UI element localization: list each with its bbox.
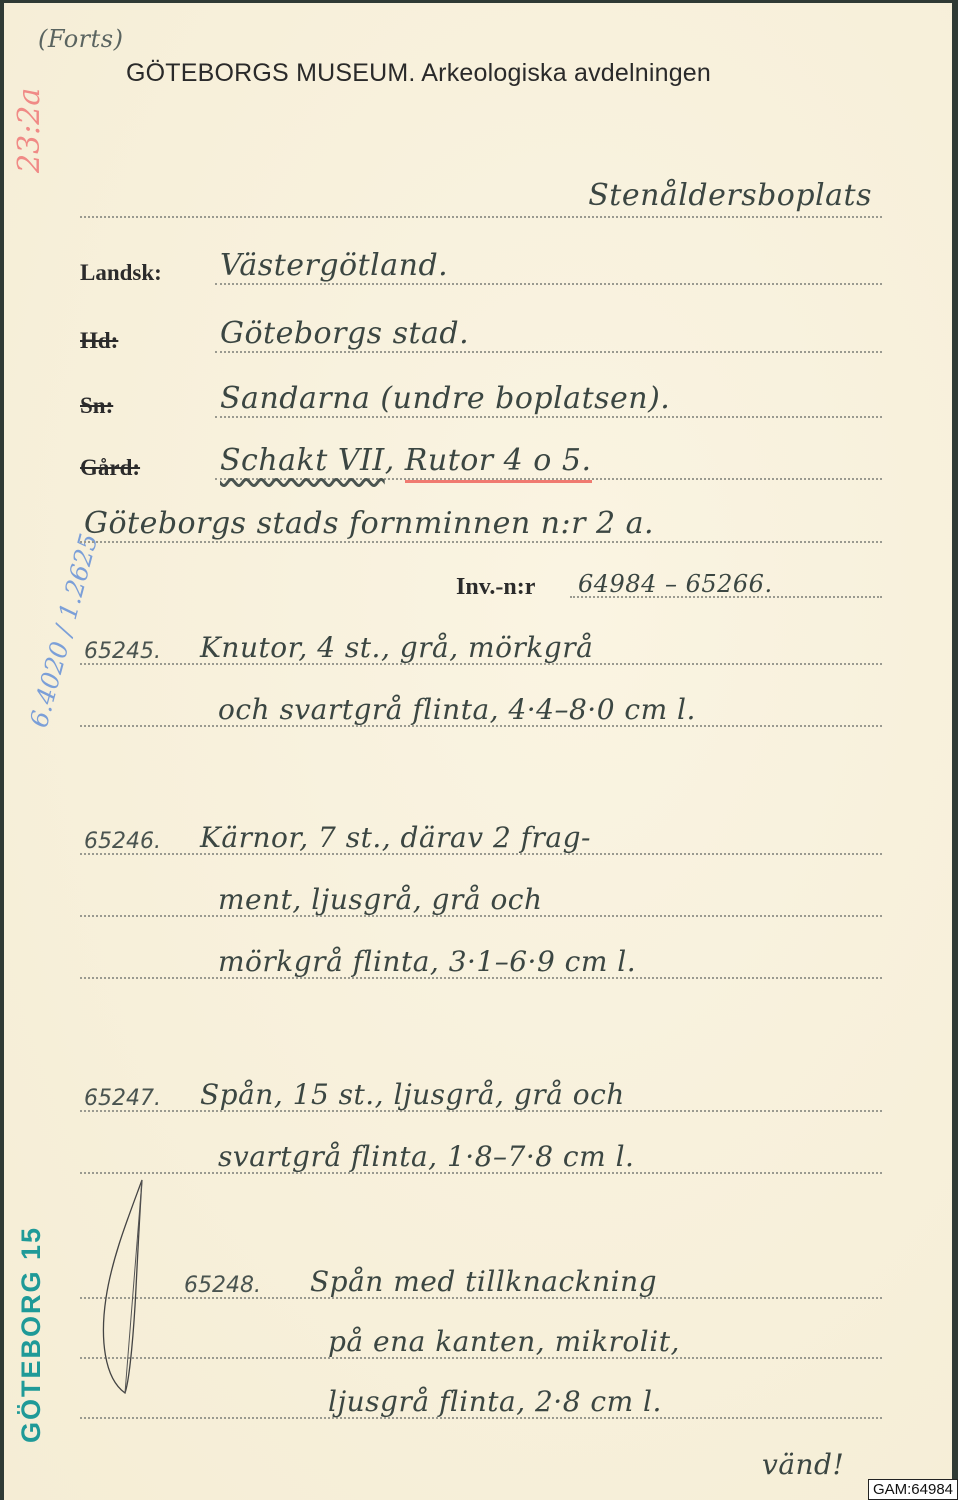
gothenburg-stamp: GÖTEBORG 15 — [16, 1226, 47, 1443]
field-landskap: Landsk: Västergötland. — [80, 248, 882, 293]
entry-number: 65245. — [84, 639, 161, 664]
entry-line: ljusgrå flinta, 2·8 cm l. — [80, 1385, 882, 1430]
card-header: GÖTEBORGS MUSEUM. Arkeologiska avdelning… — [126, 59, 711, 88]
fornminne-row: Göteborgs stads fornminnen n:r 2 a. — [80, 506, 882, 551]
inv-range: 64984 – 65266. — [578, 570, 773, 598]
inv-row: Inv.-n:r 64984 – 65266. — [80, 568, 882, 608]
field-label: Landsk: — [80, 260, 162, 286]
entry-text: och svartgrå flinta, 4·4–8·0 cm l. — [218, 693, 696, 726]
field-value: Västergötland. — [220, 248, 448, 283]
entry-text: Spån med tillknackning — [310, 1265, 657, 1298]
field-socken: Sn: Sandarna (undre boplatsen). — [80, 381, 882, 426]
entry-text: ljusgrå flinta, 2·8 cm l. — [328, 1385, 662, 1418]
fornminne-text: Göteborgs stads fornminnen n:r 2 a. — [84, 506, 654, 541]
site-type-row: Stenåldersboplats — [80, 178, 882, 223]
field-label: Sn: — [80, 393, 113, 419]
entry-number: 65248. — [184, 1273, 261, 1298]
entry-line: 65248.Spån med tillknackning — [80, 1265, 882, 1310]
field-value: Schakt VII, Rutor 4 o 5. — [220, 443, 592, 478]
margin-note-red: 23:2a — [12, 88, 47, 173]
entry-text: mörkgrå flinta, 3·1–6·9 cm l. — [218, 945, 636, 978]
turn-over-note: vänd! — [762, 1448, 844, 1481]
entry-line: 65247.Spån, 15 st., ljusgrå, grå och — [80, 1078, 882, 1123]
continuation-note: (Forts) — [38, 25, 123, 53]
catalog-id: GAM:64984 — [868, 1479, 958, 1500]
field-harad: Hd: Göteborgs stad. — [80, 316, 882, 361]
catalog-card: (Forts) GÖTEBORGS MUSEUM. Arkeologiska a… — [4, 3, 952, 1500]
separator: , — [385, 443, 405, 478]
entry-line: svartgrå flinta, 1·8–7·8 cm l. — [80, 1140, 882, 1185]
entry-line: mörkgrå flinta, 3·1–6·9 cm l. — [80, 945, 882, 990]
rutor-value: Rutor 4 o 5. — [405, 443, 592, 483]
flint-blade-sketch-icon — [90, 1178, 150, 1403]
entry-number: 65247. — [84, 1086, 161, 1111]
schakt-value: Schakt VII — [220, 443, 385, 478]
entry-line: ment, ljusgrå, grå och — [80, 883, 882, 928]
entry-text: ment, ljusgrå, grå och — [218, 883, 543, 916]
field-value: Sandarna (undre boplatsen). — [220, 381, 670, 416]
field-gard: Gård: Schakt VII, Rutor 4 o 5. — [80, 443, 882, 493]
entry-text: svartgrå flinta, 1·8–7·8 cm l. — [218, 1140, 634, 1173]
entry-line: och svartgrå flinta, 4·4–8·0 cm l. — [80, 693, 882, 738]
field-label: Gård: — [80, 455, 140, 481]
entry-line: på ena kanten, mikrolit, — [80, 1325, 882, 1370]
entry-text: på ena kanten, mikrolit, — [328, 1325, 680, 1358]
entry-text: Spån, 15 st., ljusgrå, grå och — [200, 1078, 625, 1111]
entry-line: 65245.Knutor, 4 st., grå, mörkgrå — [80, 631, 882, 676]
inv-label: Inv.-n:r — [456, 574, 535, 601]
entry-number: 65246. — [84, 829, 161, 854]
entry-text: Kärnor, 7 st., därav 2 frag- — [200, 821, 591, 854]
field-value: Göteborgs stad. — [220, 316, 469, 351]
site-type: Stenåldersboplats — [588, 178, 872, 213]
entry-text: Knutor, 4 st., grå, mörkgrå — [200, 631, 593, 664]
field-label: Hd: — [80, 328, 118, 354]
entry-line: 65246.Kärnor, 7 st., därav 2 frag- — [80, 821, 882, 866]
